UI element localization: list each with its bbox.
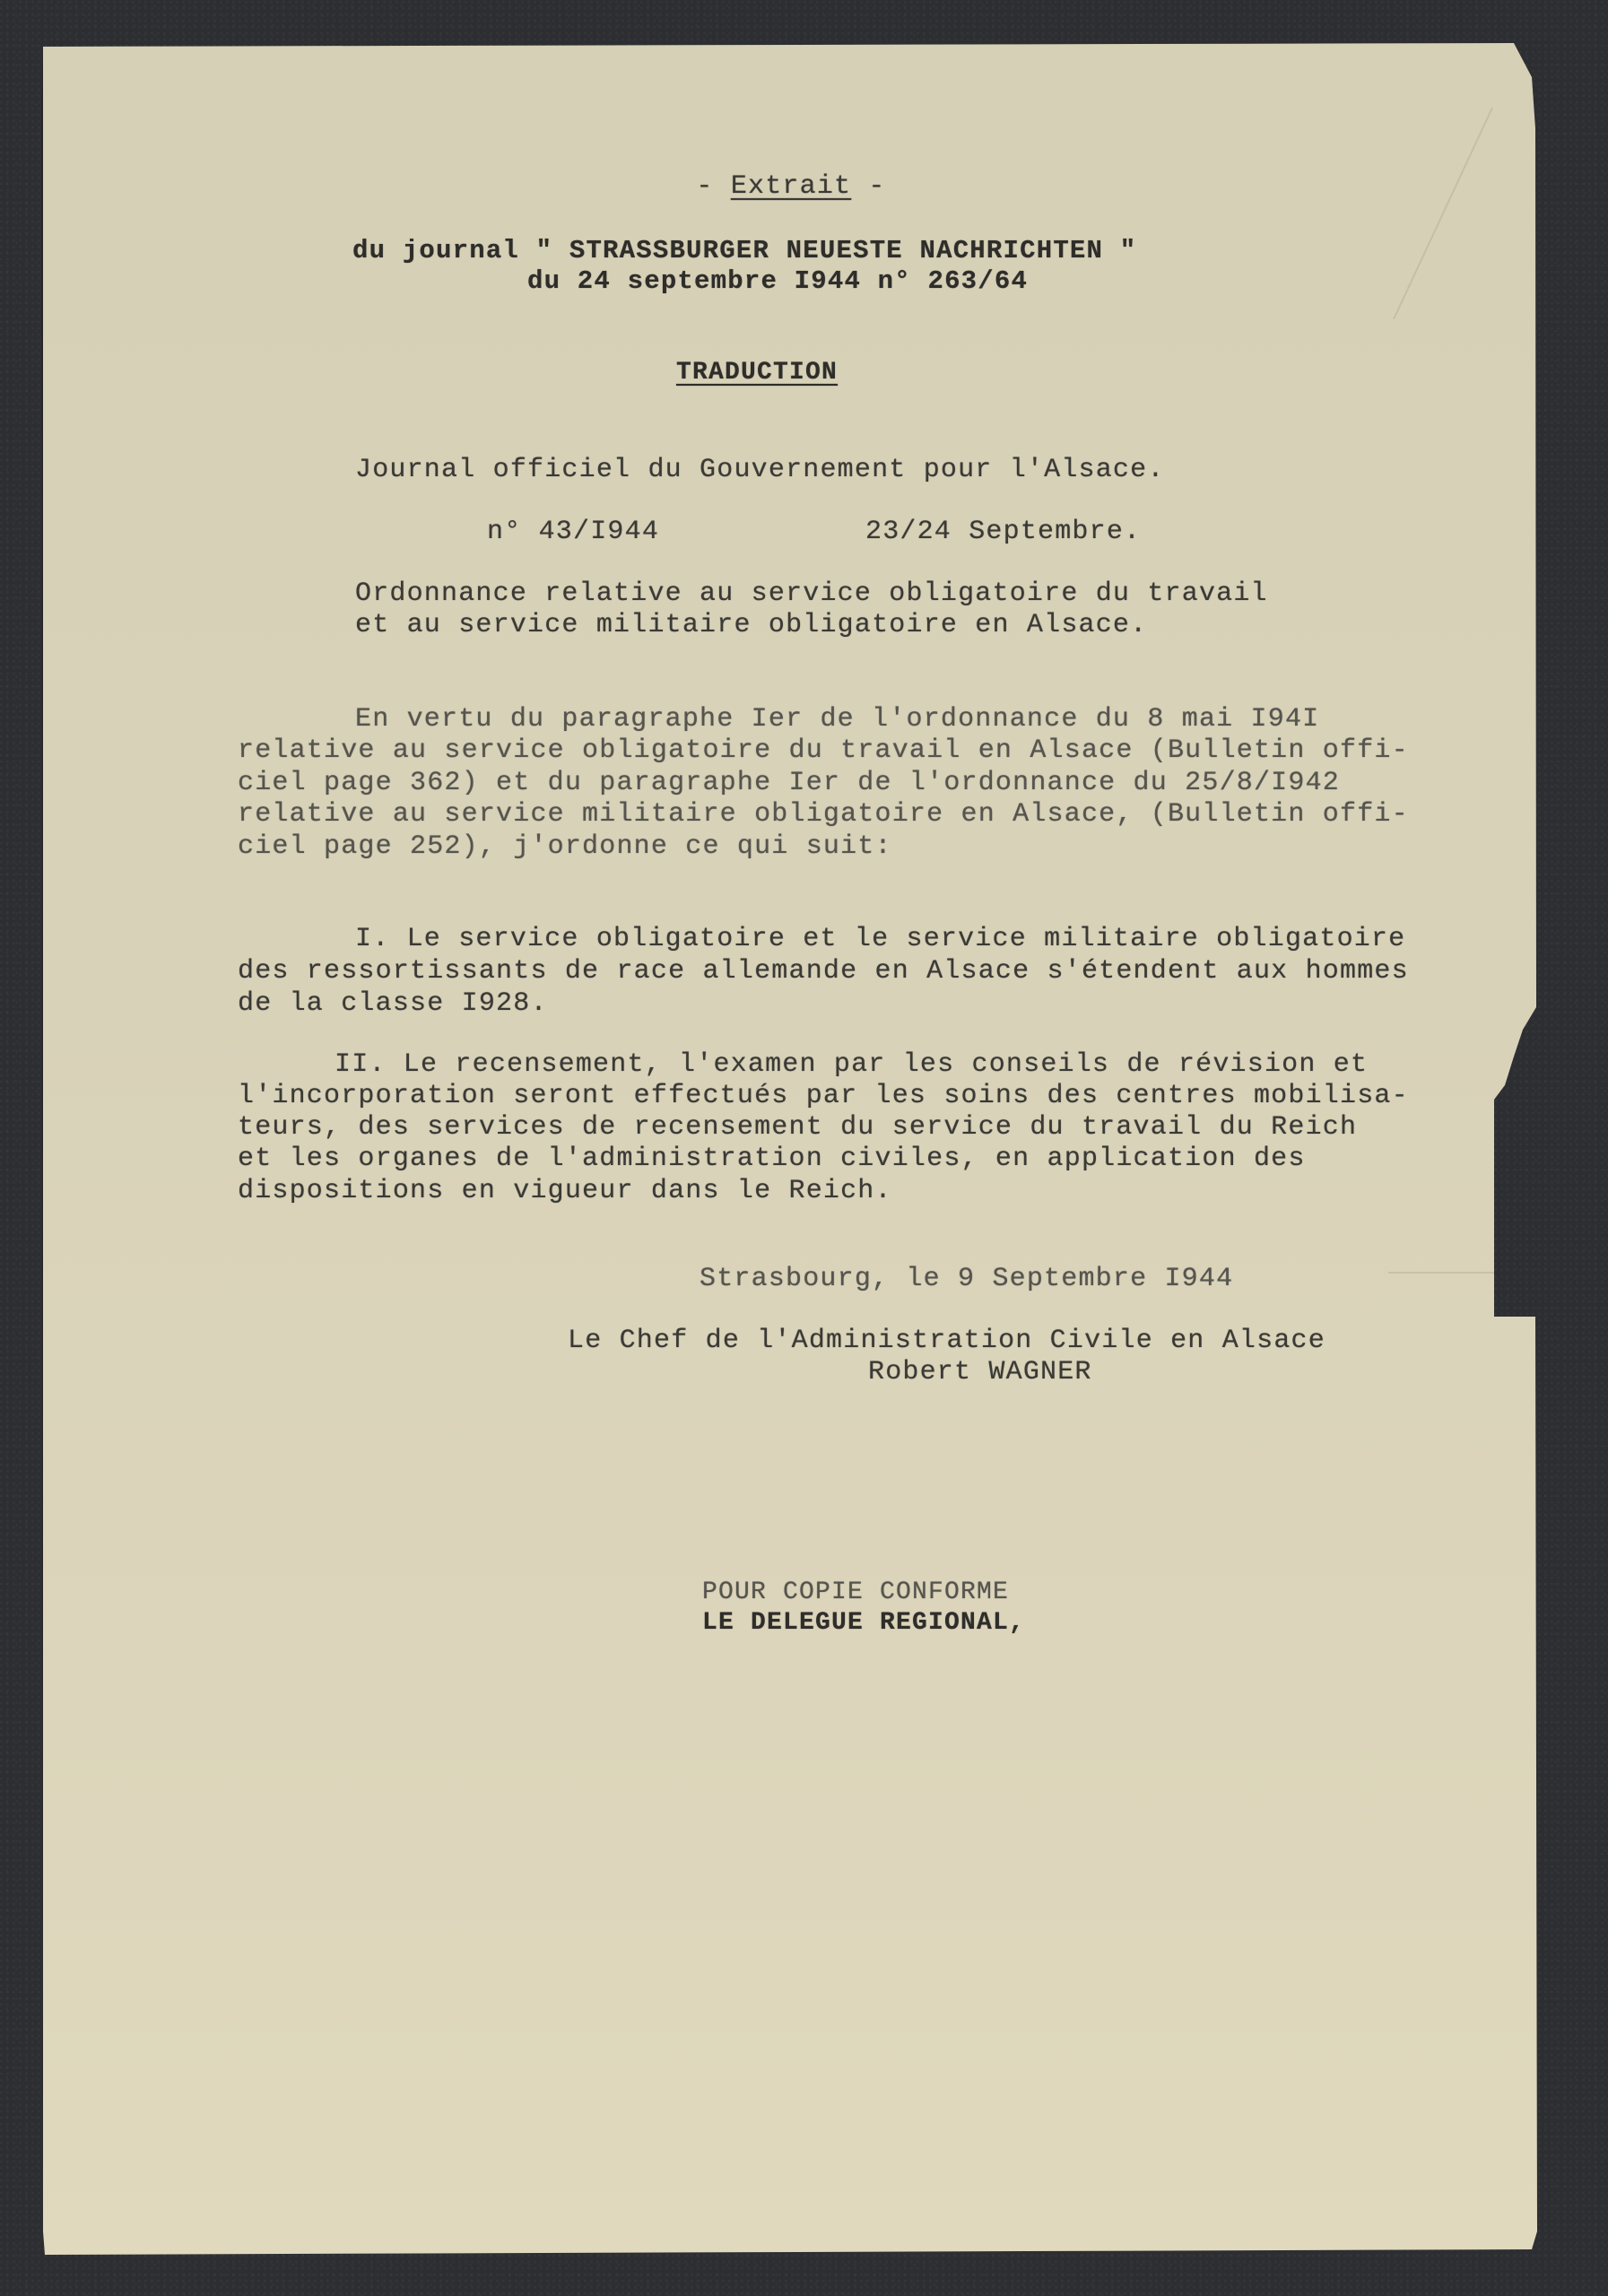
certification-line-2: LE DELEGUE REGIONAL, [702,1609,1025,1637]
article-1-line-1: I. Le service obligatoire et le service … [355,924,1405,954]
extract-title-prefix: - [696,171,730,202]
ordinance-title-line-1: Ordonnance relative au service obligatoi… [355,578,1268,609]
preamble-line-1: En vertu du paragraphe Ier de l'ordonnan… [355,704,1319,735]
signature-name: Robert WAGNER [868,1357,1092,1387]
journal-name: Journal officiel du Gouvernement pour l'… [355,455,1165,485]
article-2-line-4: et les organes de l'administration civil… [238,1144,1306,1174]
article-1-line-2: des ressortissants de race allemande en … [238,956,1409,987]
preamble-line-2: relative au service obligatoire du trava… [238,735,1409,766]
preamble-line-4: relative au service militaire obligatoir… [238,799,1409,830]
extract-title: - Extrait - [662,141,886,202]
translation-heading: TRADUCTION [676,359,838,387]
article-2-line-1: II. Le recensement, l'examen par les con… [335,1049,1368,1080]
article-2-line-5: dispositions en vigueur dans le Reich. [238,1176,892,1206]
signature-place-date: Strasbourg, le 9 Septembre I944 [700,1264,1233,1294]
extract-title-text: Extrait [731,171,851,202]
extract-title-suffix: - [851,171,885,202]
preamble-line-5: ciel page 252), j'ordonne ce qui suit: [238,831,892,862]
source-newspaper: du journal " STRASSBURGER NEUESTE NACHRI… [352,236,1136,265]
fold-crease [1393,108,1493,319]
article-2-line-3: teurs, des services de recensement du se… [238,1112,1357,1143]
preamble-line-3: ciel page 362) et du paragraphe Ier de l… [238,768,1340,798]
article-2-line-2: l'incorporation seront effectués par les… [238,1081,1409,1111]
article-1-line-3: de la classe I928. [238,988,548,1019]
signature-role: Le Chef de l'Administration Civile en Al… [568,1326,1326,1356]
ordinance-title-line-2: et au service militaire obligatoire en A… [355,610,1147,640]
tear-crease [1388,1272,1496,1274]
journal-number: n° 43/I944 [487,517,659,547]
source-date-issue: du 24 septembre I944 n° 263/64 [527,266,1028,296]
journal-date: 23/24 Septembre. [865,517,1141,547]
certification-line-1: POUR COPIE CONFORME [702,1578,1009,1606]
